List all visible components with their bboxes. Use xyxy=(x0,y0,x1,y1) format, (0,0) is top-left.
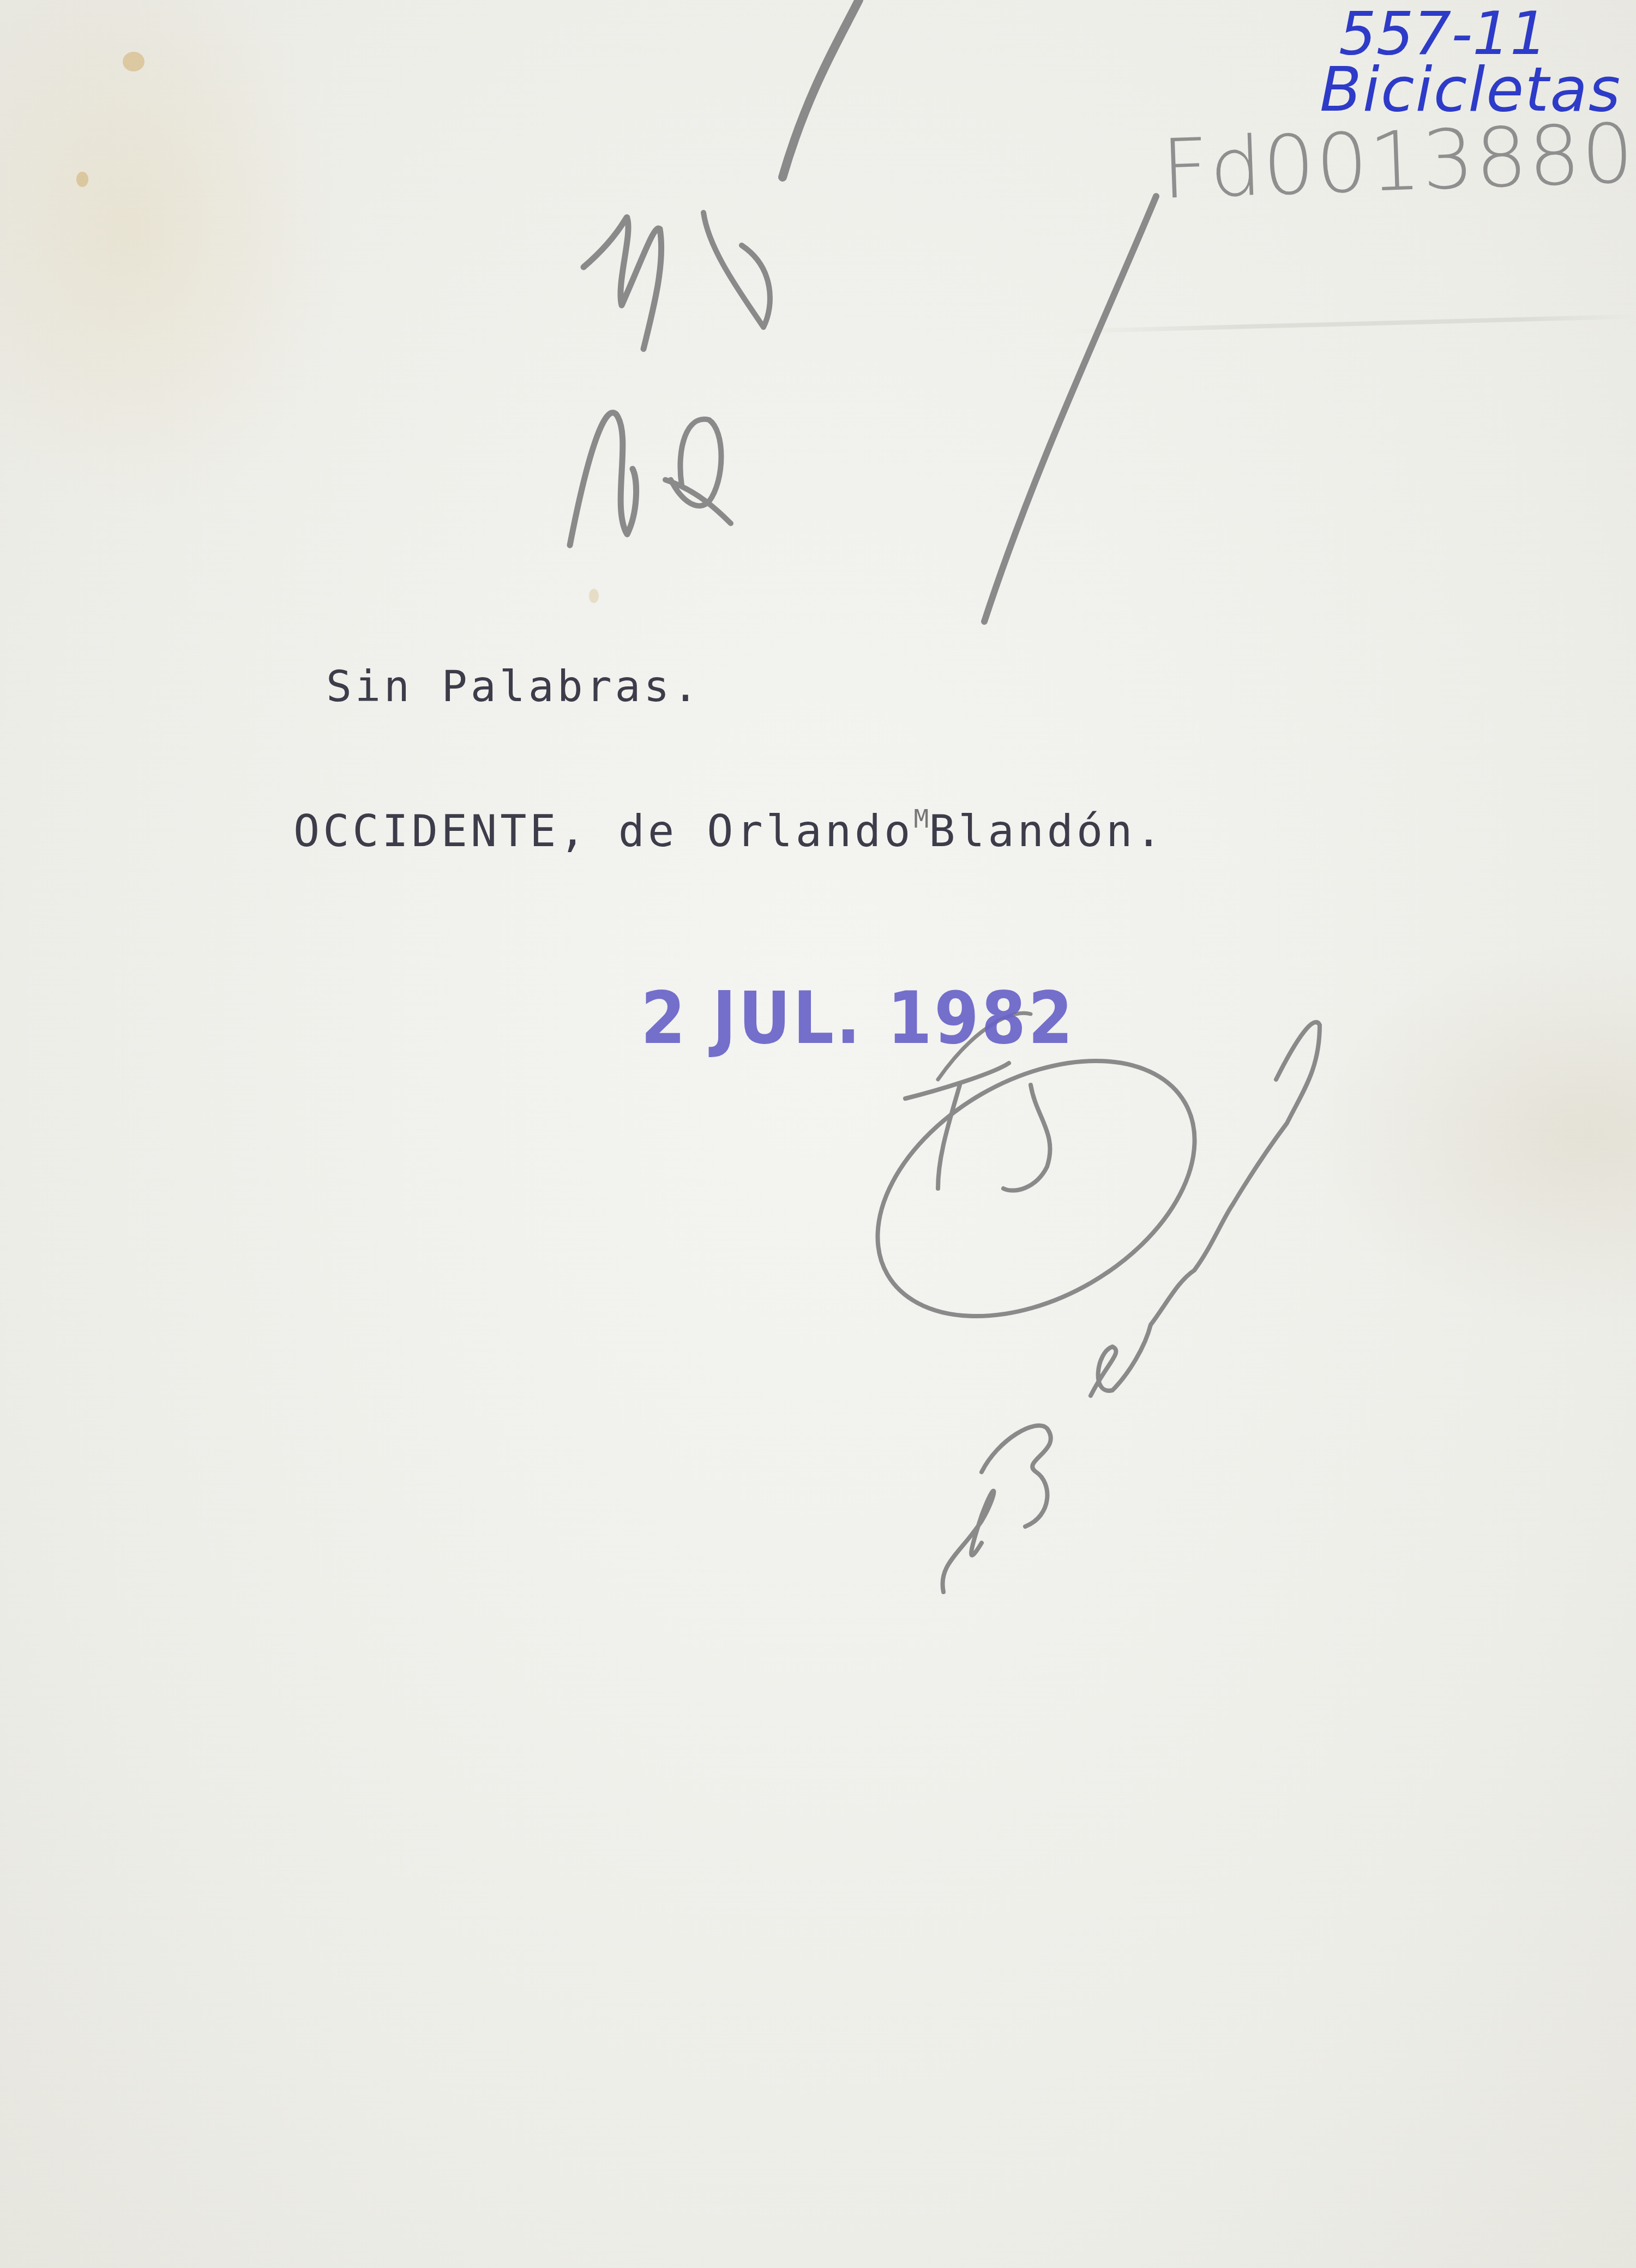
photo-verso-page: 557-11 Bicicletas Fd0013880 21 ay 75 23 … xyxy=(0,0,1636,2268)
pencil-slash xyxy=(984,196,1156,622)
date-stamp: 2 JUL. 1982 xyxy=(641,976,1075,1060)
pencil-scribble-2 xyxy=(570,413,636,545)
caption-credit-superscript: M xyxy=(913,804,929,834)
pencil-scribble-ay xyxy=(703,213,770,327)
caption-title: Sin Palabras. xyxy=(326,662,701,711)
caption-credit-suffix: Blandón. xyxy=(929,806,1165,856)
pencil-stroke-top xyxy=(783,0,859,177)
pencil-marks xyxy=(0,0,1636,2268)
caption-credit-prefix: OCCIDENTE, de Orlando xyxy=(293,806,913,856)
caption-credit: OCCIDENTE, de OrlandoMBlandón. xyxy=(293,804,1165,856)
